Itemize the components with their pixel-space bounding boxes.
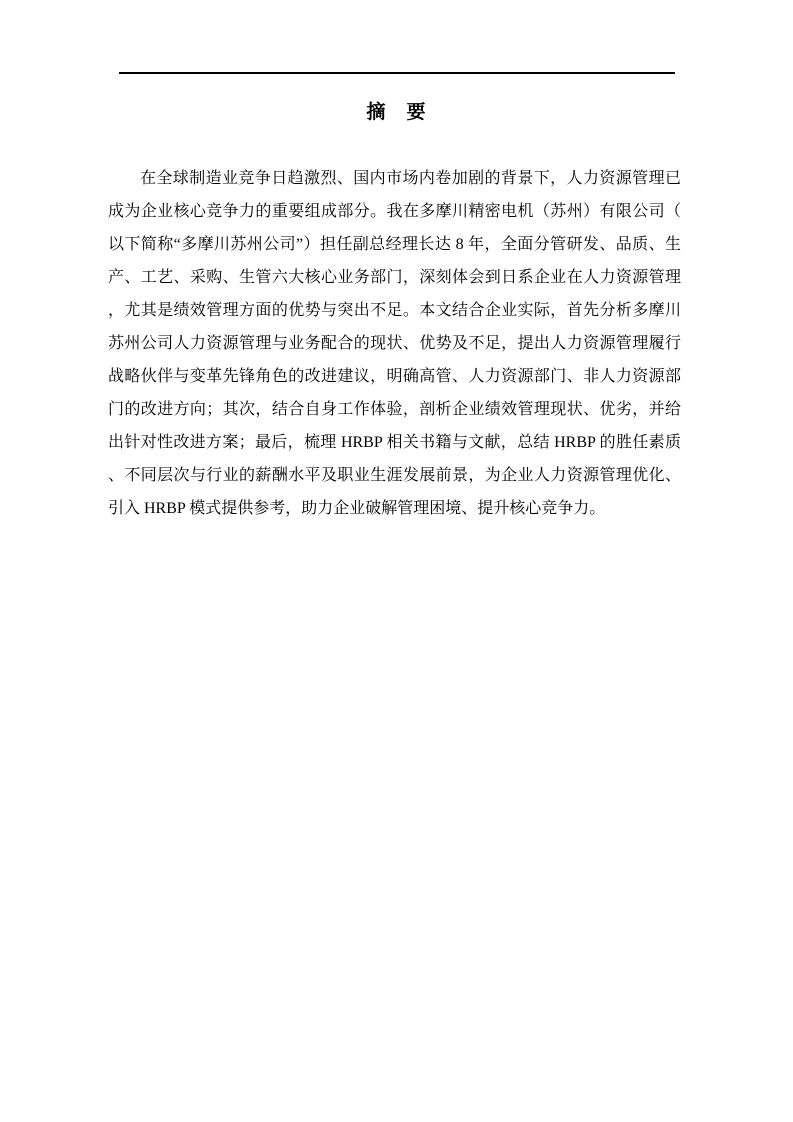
page-title: 摘 要 — [0, 101, 793, 125]
header-rule — [119, 72, 675, 74]
document-page: 摘 要 在全球制造业竞争日趋激烈、国内市场内卷加剧的背景下，人力资源管理已成为企… — [0, 0, 793, 1122]
abstract-paragraph: 在全球制造业竞争日趋激烈、国内市场内卷加剧的背景下，人力资源管理已成为企业核心竞… — [108, 162, 681, 525]
